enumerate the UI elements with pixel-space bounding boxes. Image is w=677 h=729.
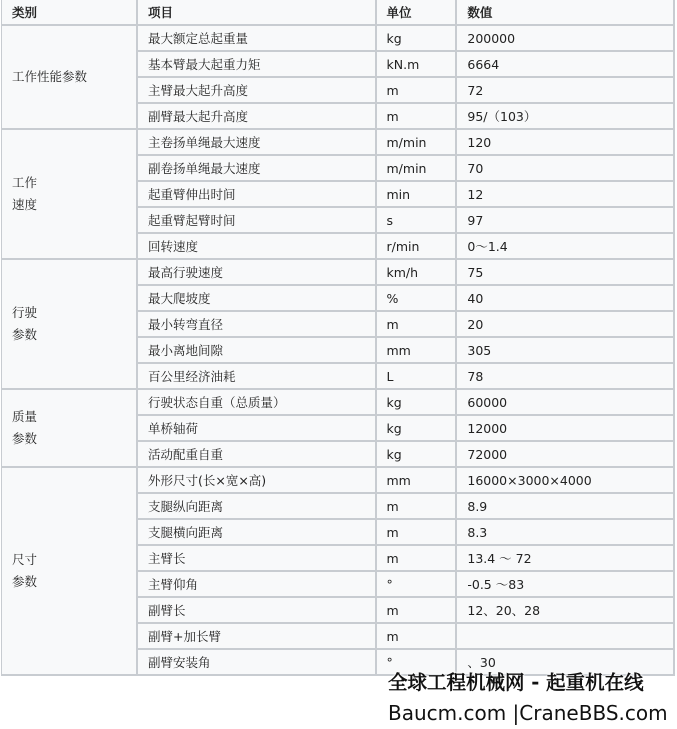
- unit-cell: kg: [376, 389, 457, 415]
- unit-cell: mm: [376, 467, 457, 493]
- value-cell: 12000: [456, 415, 674, 441]
- unit-cell: m: [376, 519, 457, 545]
- value-cell: 70: [456, 155, 674, 181]
- item-cell: 最大额定总起重量: [137, 25, 376, 51]
- header-unit: 单位: [376, 0, 457, 25]
- item-cell: 单桥轴荷: [137, 415, 376, 441]
- unit-cell: s: [376, 207, 457, 233]
- unit-cell: L: [376, 363, 457, 389]
- value-cell: 0～1.4: [456, 233, 674, 259]
- value-cell: 8.9: [456, 493, 674, 519]
- item-cell: 最大爬坡度: [137, 285, 376, 311]
- value-cell: 75: [456, 259, 674, 285]
- header-item: 项目: [137, 0, 376, 25]
- table-row: 行驶参数最高行驶速度km/h75: [2, 259, 675, 285]
- table-row: 工作速度主卷扬单绳最大速度m/min120: [2, 129, 675, 155]
- header-value: 数值: [456, 0, 674, 25]
- unit-cell: km/h: [376, 259, 457, 285]
- category-label: 行驶: [12, 302, 126, 324]
- unit-cell: m: [376, 545, 457, 571]
- value-cell: 12: [456, 181, 674, 207]
- unit-cell: kg: [376, 415, 457, 441]
- unit-cell: m: [376, 493, 457, 519]
- item-cell: 行驶状态自重（总质量）: [137, 389, 376, 415]
- value-cell: 12、20、28: [456, 597, 674, 623]
- unit-cell: kN.m: [376, 51, 457, 77]
- table-body: 工作性能参数最大额定总起重量kg200000基本臂最大起重力矩kN.m6664主…: [2, 25, 675, 675]
- category-cell: 工作速度: [2, 129, 137, 259]
- unit-cell: m: [376, 103, 457, 129]
- unit-cell: mm: [376, 337, 457, 363]
- unit-cell: m: [376, 311, 457, 337]
- value-cell: 16000×3000×4000: [456, 467, 674, 493]
- value-cell: 120: [456, 129, 674, 155]
- item-cell: 最高行驶速度: [137, 259, 376, 285]
- unit-cell: °: [376, 571, 457, 597]
- category-cell: 质量参数: [2, 389, 137, 467]
- watermark: 全球工程机械网 - 起重机在线 Baucm.com |CraneBBS.com: [388, 668, 677, 728]
- item-cell: 起重臂起臂时间: [137, 207, 376, 233]
- item-cell: 支腿纵向距离: [137, 493, 376, 519]
- item-cell: 基本臂最大起重力矩: [137, 51, 376, 77]
- table-row: 工作性能参数最大额定总起重量kg200000: [2, 25, 675, 51]
- unit-cell: kg: [376, 441, 457, 467]
- item-cell: 主臂最大起升高度: [137, 77, 376, 103]
- watermark-line1: 全球工程机械网 - 起重机在线: [388, 668, 677, 698]
- unit-cell: min: [376, 181, 457, 207]
- unit-cell: m/min: [376, 155, 457, 181]
- watermark-line2: Baucm.com |CraneBBS.com: [388, 698, 677, 728]
- table-row: 尺寸参数外形尺寸(长×宽×高)mm16000×3000×4000: [2, 467, 675, 493]
- category-label: 工作性能参数: [12, 66, 126, 88]
- item-cell: 最小离地间隙: [137, 337, 376, 363]
- value-cell: 20: [456, 311, 674, 337]
- item-cell: 最小转弯直径: [137, 311, 376, 337]
- item-cell: 主臂仰角: [137, 571, 376, 597]
- item-cell: 副卷扬单绳最大速度: [137, 155, 376, 181]
- item-cell: 主臂长: [137, 545, 376, 571]
- item-cell: 副臂+加长臂: [137, 623, 376, 649]
- item-cell: 百公里经济油耗: [137, 363, 376, 389]
- item-cell: 副臂最大起升高度: [137, 103, 376, 129]
- unit-cell: m: [376, 623, 457, 649]
- category-cell: 尺寸参数: [2, 467, 137, 675]
- unit-cell: m/min: [376, 129, 457, 155]
- category-cell: 工作性能参数: [2, 25, 137, 129]
- category-label: 速度: [12, 194, 126, 216]
- value-cell: 8.3: [456, 519, 674, 545]
- value-cell: 6664: [456, 51, 674, 77]
- spec-table: 类别 项目 单位 数值 工作性能参数最大额定总起重量kg200000基本臂最大起…: [1, 0, 675, 676]
- value-cell: 97: [456, 207, 674, 233]
- value-cell: [456, 623, 674, 649]
- unit-cell: kg: [376, 25, 457, 51]
- item-cell: 主卷扬单绳最大速度: [137, 129, 376, 155]
- header-category: 类别: [2, 0, 137, 25]
- unit-cell: %: [376, 285, 457, 311]
- item-cell: 副臂长: [137, 597, 376, 623]
- item-cell: 副臂安装角: [137, 649, 376, 675]
- category-label: 质量: [12, 406, 126, 428]
- item-cell: 回转速度: [137, 233, 376, 259]
- category-label: 参数: [12, 571, 126, 593]
- header-row: 类别 项目 单位 数值: [2, 0, 675, 25]
- value-cell: 72000: [456, 441, 674, 467]
- category-label: 工作: [12, 172, 126, 194]
- category-cell: 行驶参数: [2, 259, 137, 389]
- value-cell: 95/（103）: [456, 103, 674, 129]
- item-cell: 起重臂伸出时间: [137, 181, 376, 207]
- value-cell: 60000: [456, 389, 674, 415]
- value-cell: -0.5 ～83: [456, 571, 674, 597]
- unit-cell: m: [376, 77, 457, 103]
- value-cell: 78: [456, 363, 674, 389]
- value-cell: 200000: [456, 25, 674, 51]
- item-cell: 活动配重自重: [137, 441, 376, 467]
- value-cell: 305: [456, 337, 674, 363]
- item-cell: 外形尺寸(长×宽×高): [137, 467, 376, 493]
- item-cell: 支腿横向距离: [137, 519, 376, 545]
- category-label: 参数: [12, 428, 126, 450]
- category-label: 参数: [12, 324, 126, 346]
- unit-cell: r/min: [376, 233, 457, 259]
- value-cell: 40: [456, 285, 674, 311]
- value-cell: 72: [456, 77, 674, 103]
- unit-cell: m: [376, 597, 457, 623]
- category-label: 尺寸: [12, 549, 126, 571]
- table-row: 质量参数行驶状态自重（总质量）kg60000: [2, 389, 675, 415]
- value-cell: 13.4 ～ 72: [456, 545, 674, 571]
